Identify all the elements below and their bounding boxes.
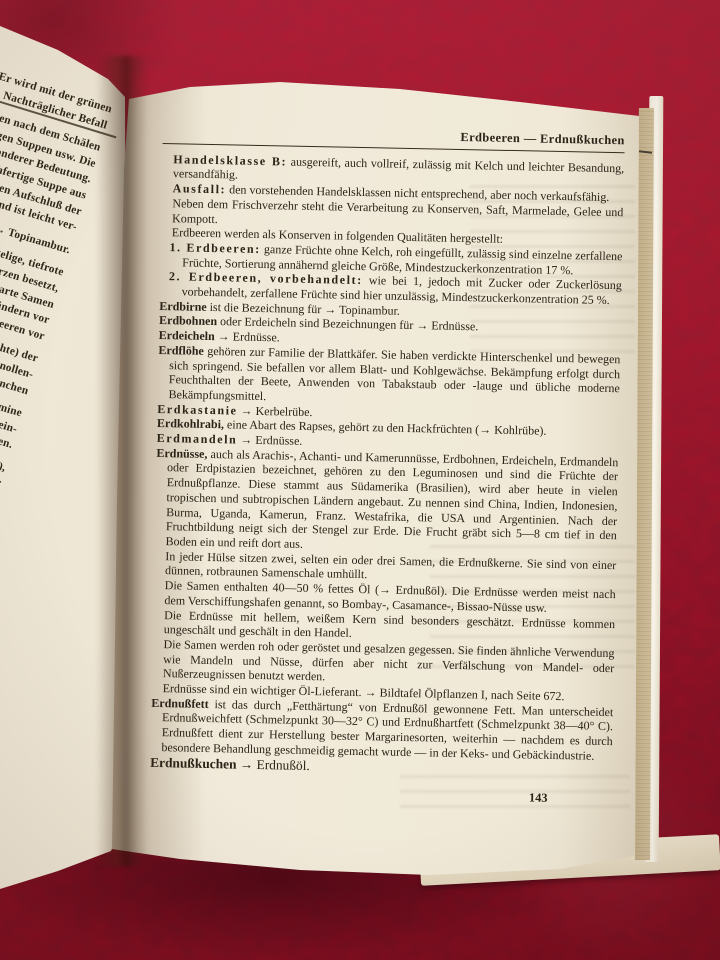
entry-term: Erdbirne	[159, 299, 207, 314]
entry-term: 1. Erdbeeren:	[169, 240, 261, 256]
lexicon-entries: Handelsklasse B: ausgereift, auch vollre…	[150, 152, 624, 779]
entry-term: Erdeicheln	[159, 328, 215, 343]
entry-term: Erdflöhe	[158, 343, 204, 358]
entry-term: 2. Erdbeeren, vorbehandelt:	[169, 269, 363, 287]
entry-paragraph: Erdnußfett ist das durch „Fetthärtung“ v…	[150, 696, 613, 764]
entry-term: Erdmandeln	[157, 431, 238, 447]
entry-term: Ausfall:	[173, 181, 227, 196]
entry-term: Erdkastanie	[157, 402, 238, 418]
page-number: 143	[149, 782, 611, 806]
entry-paragraph: Erdflöhe gehören zur Familie der Blattkä…	[157, 343, 620, 411]
running-head: Erdbeeren — Erdnußkuchen	[163, 124, 625, 153]
entry-term: Erdnüsse,	[156, 446, 207, 461]
entry-term: Erdnußfett	[151, 696, 209, 711]
entry-term: Erdnußkuchen	[150, 754, 237, 771]
entry-term: Erdbohnen	[159, 313, 217, 328]
entry-term: Erdkohlrabi,	[157, 416, 224, 431]
right-page-text-block: Erdbeeren — Erdnußkuchen Handelsklasse B…	[149, 124, 624, 806]
entry-paragraph: Erdnüsse, auch als Arachis-, Achanti- un…	[154, 446, 618, 558]
book-gutter-shadow	[96, 56, 148, 866]
entry-term: Handelsklasse B:	[173, 152, 287, 168]
photo-of-open-book: { "colors": { "fabric_red": "#8F1527", "…	[0, 0, 720, 960]
